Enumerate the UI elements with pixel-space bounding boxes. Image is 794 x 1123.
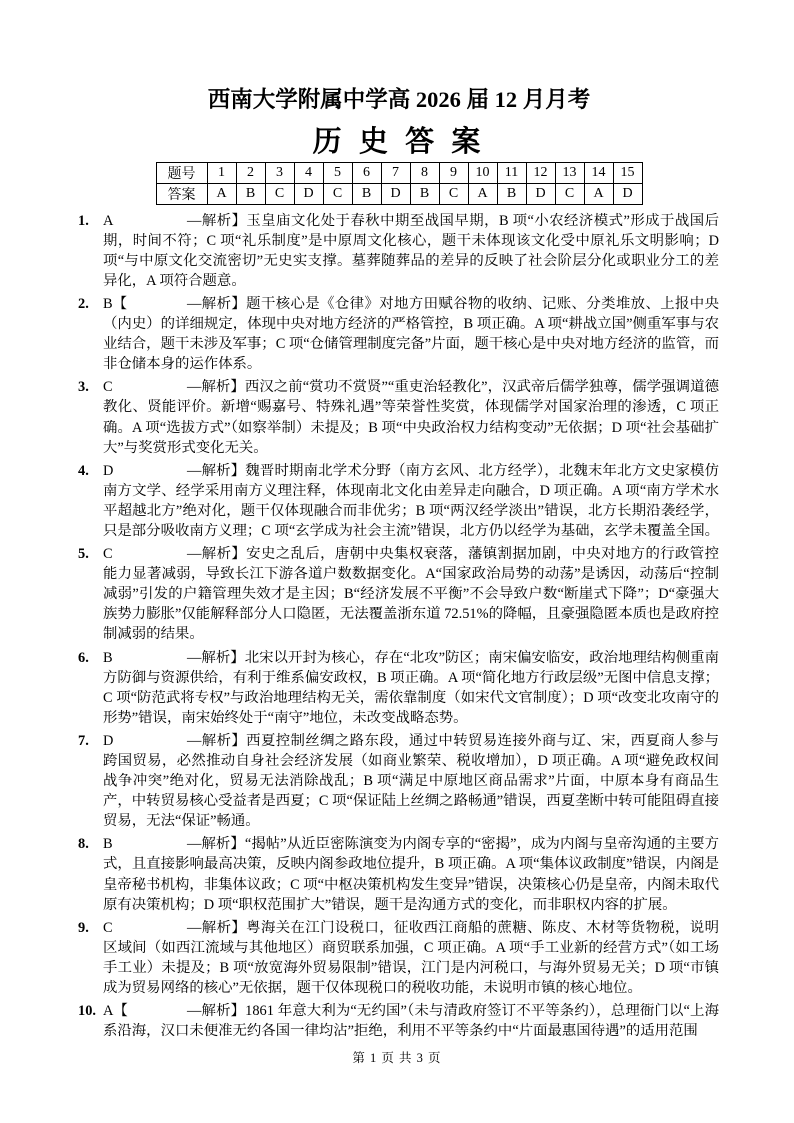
question-number: 10. [78, 1001, 96, 1021]
answer-letter: A【 [103, 1001, 187, 1021]
question-number: 7. [78, 731, 89, 751]
answer-cell: C [555, 183, 584, 204]
answer-cell: D [294, 183, 323, 204]
question-number-cell: 2 [236, 162, 265, 183]
question-number-cell: 10 [468, 162, 497, 183]
question-number: 8. [78, 834, 89, 854]
question-number-row-label: 题号 [156, 162, 207, 183]
answer-letter: C [103, 918, 187, 938]
answer-cell: D [526, 183, 555, 204]
answer-cell: A [584, 183, 613, 204]
question-number-cell: 12 [526, 162, 555, 183]
answer-cell: B [236, 183, 265, 204]
document-page: 西南大学附属中学高 2026 届 12 月月考 历 史 答 案 题号 12345… [0, 0, 794, 1123]
question-number-cell: 14 [584, 162, 613, 183]
analysis-text: —解析】玉皇庙文化处于春秋中期至战国早期，B 项“小农经济模式”形成于战国后期，… [103, 213, 719, 289]
question-number-cell: 5 [323, 162, 352, 183]
answer-cell: A [207, 183, 236, 204]
explanation-item: 2.B【—解析】题干核心是《仓律》对地方田赋谷物的收纳、记账、分类堆放、上报中央… [78, 294, 719, 374]
analysis-text: —解析】魏晋时期南北学术分野（南方玄风、北方经学），北魏末年北方文史家模仿南方文… [103, 463, 719, 539]
answer-table: 题号 123456789101112131415 答案 ABCDCBDBCABD… [156, 162, 643, 205]
page-subtitle: 历 史 答 案 [78, 127, 720, 157]
answer-cell: B [410, 183, 439, 204]
answer-cell: A [468, 183, 497, 204]
answer-cell: D [613, 183, 642, 204]
question-number: 1. [78, 211, 89, 231]
question-number-cell: 7 [381, 162, 410, 183]
question-number: 4. [78, 461, 89, 481]
question-number: 6. [78, 648, 89, 668]
document-content: 西南大学附属中学高 2026 届 12 月月考 历 史 答 案 题号 12345… [0, 86, 794, 1041]
answer-cell: C [439, 183, 468, 204]
explanation-item: 10.A【—解析】1861 年意大利为“无约国”（未与清政府签订不平等条约），总… [78, 1001, 719, 1041]
explanations-list: 1.A—解析】玉皇庙文化处于春秋中期至战国早期，B 项“小农经济模式”形成于战国… [78, 211, 720, 1042]
explanation-item: 6.B—解析】北宋以开封为核心，存在“北攻”防区；南宋偏安临安，政治地理结构侧重… [78, 648, 719, 728]
answer-cell: C [323, 183, 352, 204]
explanation-item: 3.C—解析】西汉之前“赏功不赏贤”“重吏治轻教化”，汉武帝后儒学独尊，儒学强调… [78, 377, 719, 457]
question-number-cell: 9 [439, 162, 468, 183]
page-title: 西南大学附属中学高 2026 届 12 月月考 [78, 86, 720, 114]
question-number: 5. [78, 544, 89, 564]
answer-cell: B [497, 183, 526, 204]
page-footer: 第 1 页 共 3 页 [0, 1048, 794, 1066]
question-number: 3. [78, 377, 89, 397]
explanation-item: 1.A—解析】玉皇庙文化处于春秋中期至战国早期，B 项“小农经济模式”形成于战国… [78, 211, 719, 291]
analysis-text: —解析】“揭帖”从近臣密陈演变为内阁专享的“密揭”，成为内阁与皇帝沟通的主要方式… [103, 836, 719, 912]
explanation-item: 5.C—解析】安史之乱后，唐朝中央集权衰落，藩镇割据加剧，中央对地方的行政管控能… [78, 544, 719, 644]
question-number: 2. [78, 294, 89, 314]
explanation-item: 8.B—解析】“揭帖”从近臣密陈演变为内阁专享的“密揭”，成为内阁与皇帝沟通的主… [78, 834, 719, 914]
question-number-cell: 8 [410, 162, 439, 183]
question-number-cell: 13 [555, 162, 584, 183]
analysis-text: —解析】1861 年意大利为“无约国”（未与清政府签订不平等条约），总理衙门以“… [103, 1003, 719, 1039]
explanation-item: 9.C—解析】粤海关在江门设税口，征收西江商船的蔗糖、陈皮、木材等货物税，说明区… [78, 918, 719, 998]
question-number-cell: 6 [352, 162, 381, 183]
answer-row: 答案 ABCDCBDBCABDCAD [156, 183, 642, 204]
question-number-row: 题号 123456789101112131415 [156, 162, 642, 183]
answer-cell: D [381, 183, 410, 204]
analysis-text: —解析】题干核心是《仓律》对地方田赋谷物的收纳、记账、分类堆放、上报中央（内史）… [103, 296, 719, 372]
analysis-text: —解析】北宋以开封为核心，存在“北攻”防区；南宋偏安临安，政治地理结构侧重南方防… [103, 650, 719, 726]
answer-cell: B [352, 183, 381, 204]
answer-letter: C [103, 544, 187, 564]
analysis-text: —解析】西夏控制丝绸之路东段，通过中转贸易连接外商与辽、宋，西夏商人参与跨国贸易… [103, 733, 719, 829]
explanation-item: 7.D—解析】西夏控制丝绸之路东段，通过中转贸易连接外商与辽、宋，西夏商人参与跨… [78, 731, 719, 831]
answer-letter: D [103, 461, 187, 481]
explanation-item: 4.D—解析】魏晋时期南北学术分野（南方玄风、北方经学），北魏末年北方文史家模仿… [78, 461, 719, 541]
question-number-cell: 11 [497, 162, 526, 183]
question-number-cell: 15 [613, 162, 642, 183]
answer-letter: B【 [103, 294, 187, 314]
analysis-text: —解析】西汉之前“赏功不赏贤”“重吏治轻教化”，汉武帝后儒学独尊，儒学强调道德教… [103, 379, 719, 455]
question-number-cell: 3 [265, 162, 294, 183]
answer-letter: C [103, 377, 187, 397]
answer-letter: A [103, 211, 187, 231]
analysis-text: —解析】安史之乱后，唐朝中央集权衰落，藩镇割据加剧，中央对地方的行政管控能力显著… [103, 546, 719, 642]
analysis-text: —解析】粤海关在江门设税口，征收西江商船的蔗糖、陈皮、木材等货物税，说明区域间（… [103, 920, 719, 996]
question-number: 9. [78, 918, 89, 938]
question-number-cell: 4 [294, 162, 323, 183]
answer-letter: D [103, 731, 187, 751]
question-number-cell: 1 [207, 162, 236, 183]
answer-letter: B [103, 648, 187, 668]
answer-letter: B [103, 834, 187, 854]
answer-row-label: 答案 [156, 183, 207, 204]
answer-cell: C [265, 183, 294, 204]
